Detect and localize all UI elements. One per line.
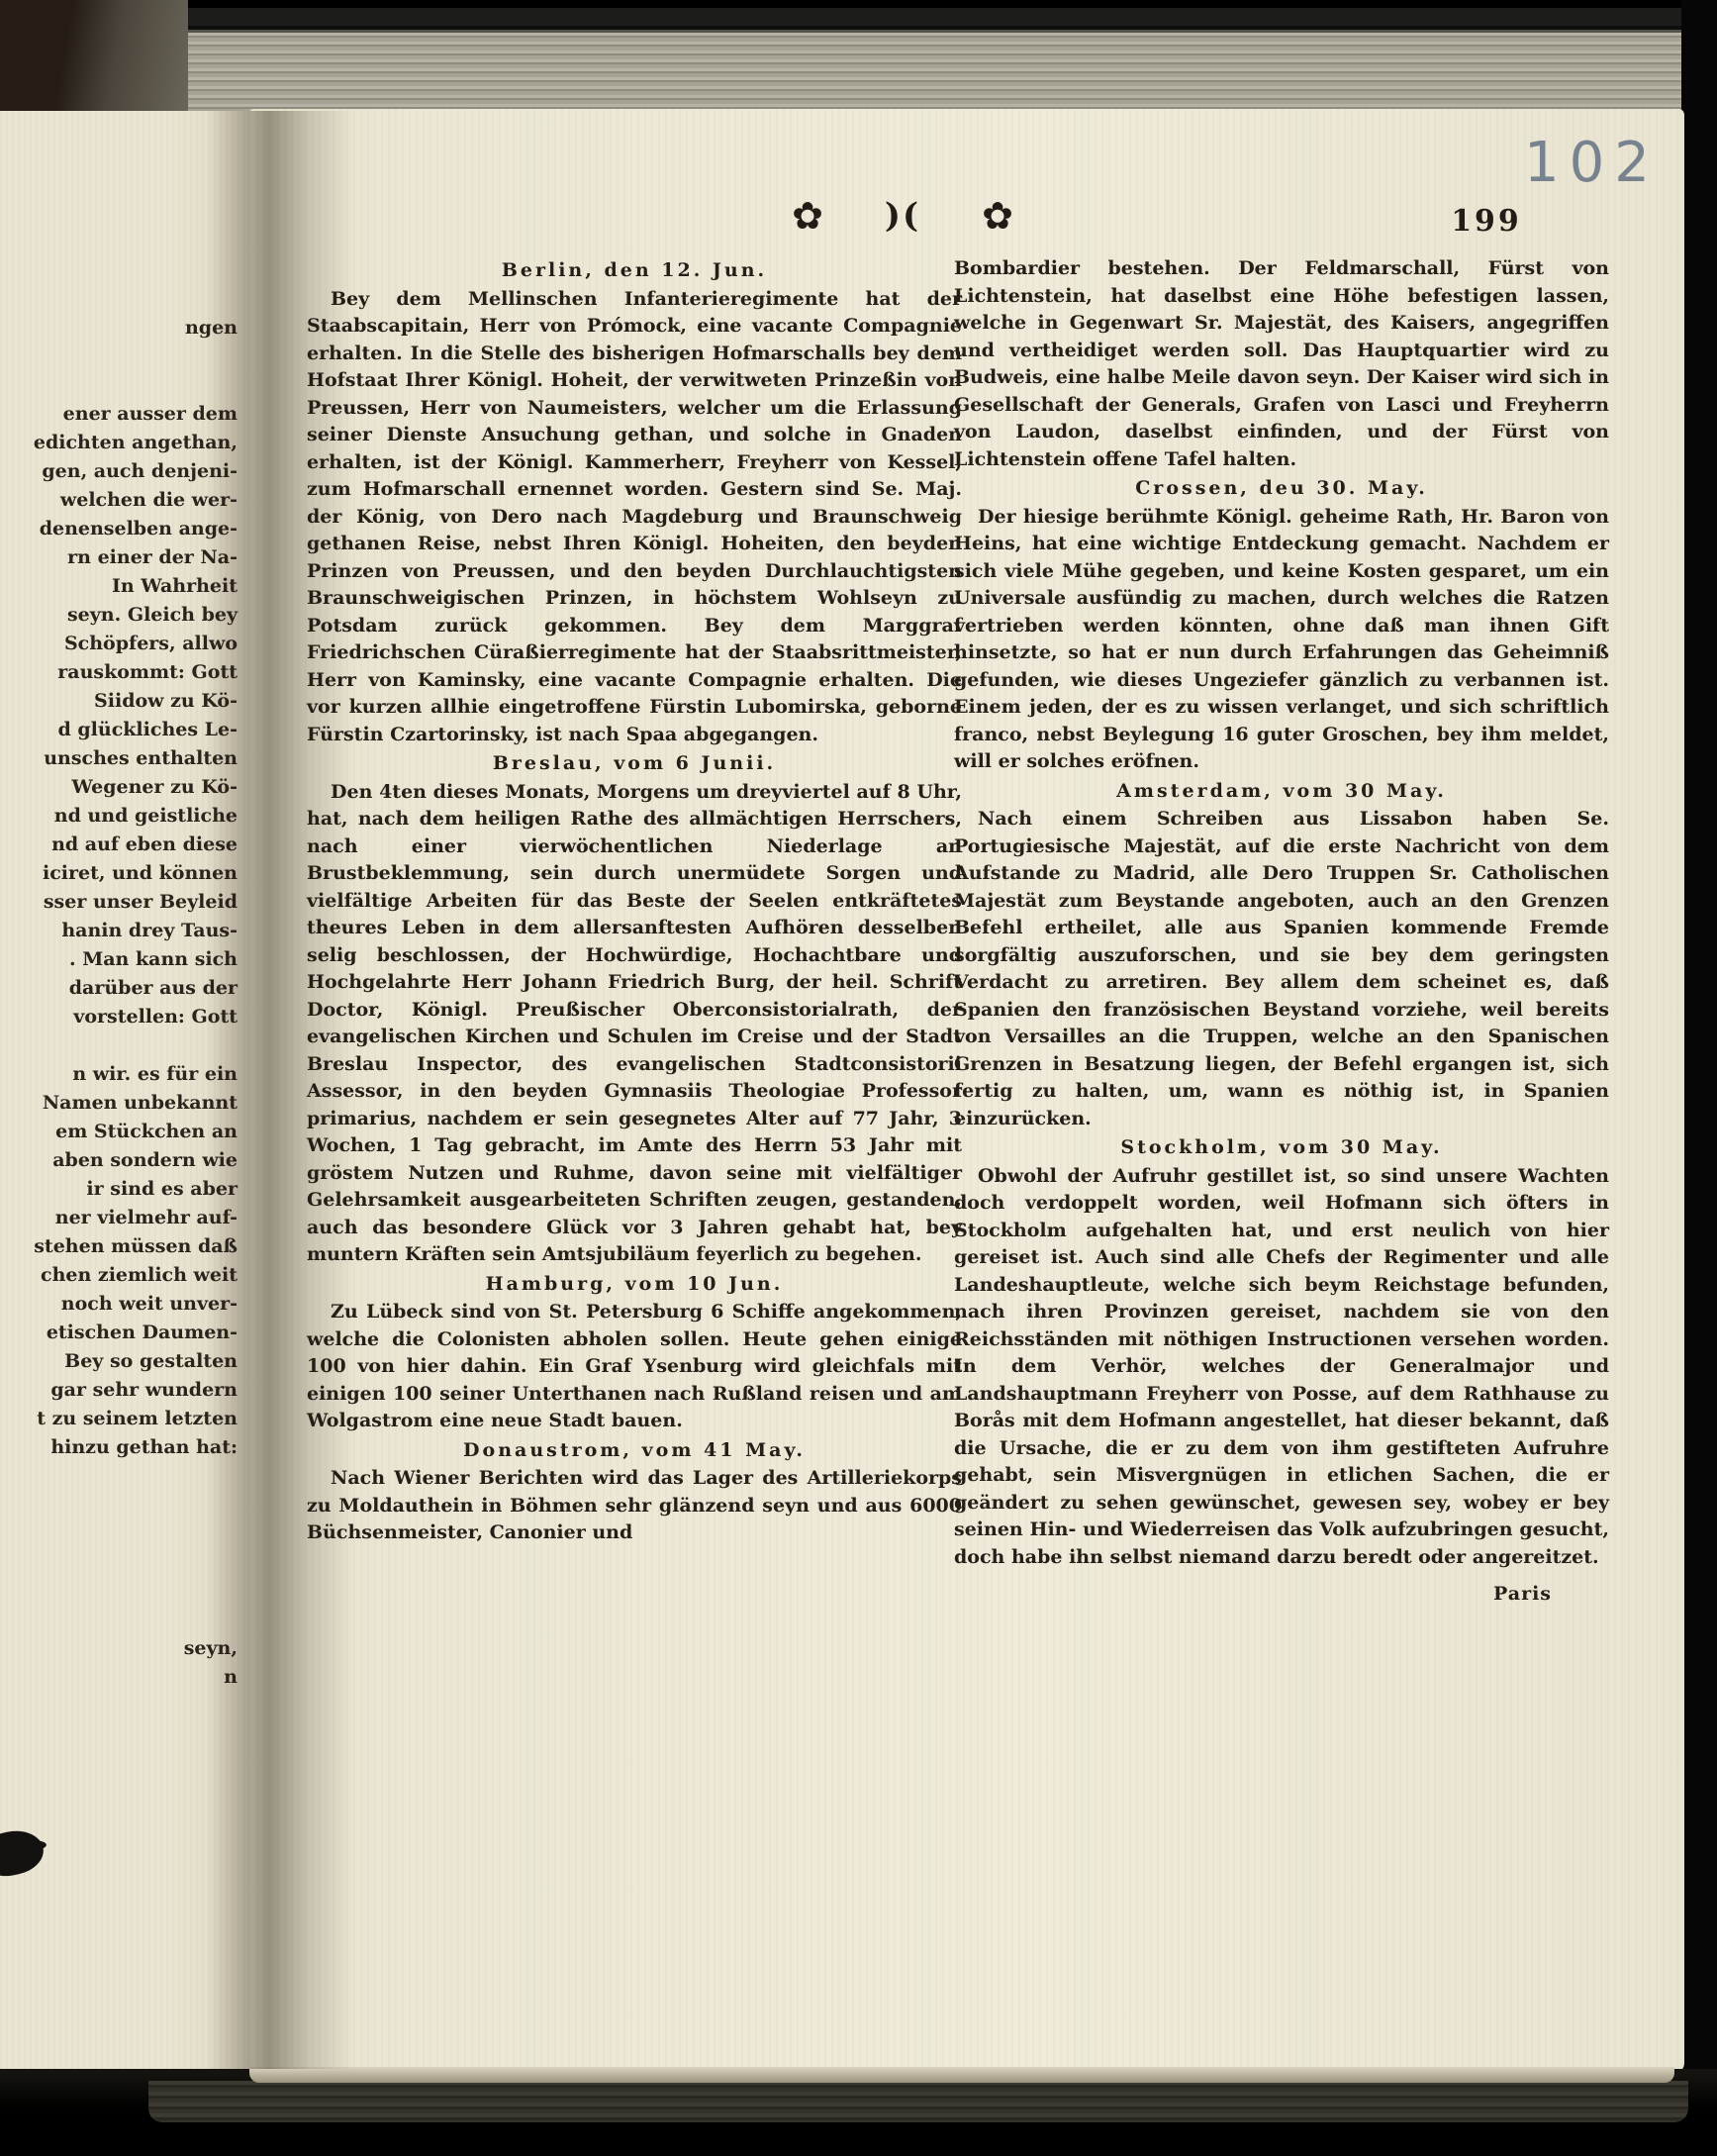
parenthesis-divider-icon: )( bbox=[885, 196, 920, 236]
margin-fragment-line: stehen müssen daß bbox=[0, 1232, 238, 1261]
article-paragraph: Bombardier bestehen. Der Feldmarschall, … bbox=[954, 255, 1609, 473]
margin-fragment-line: ngen bbox=[0, 314, 238, 343]
book-scan: ngen ener ausser demedichten angethan,ge… bbox=[0, 0, 1717, 2156]
margin-fragment-line: vorstellen: Gott bbox=[0, 1003, 238, 1031]
margin-fragment-line: noch weit unver- bbox=[0, 1290, 238, 1319]
margin-gap bbox=[0, 1491, 238, 1519]
article-paragraph: Nach Wiener Berichten wird das Lager des… bbox=[307, 1465, 962, 1547]
margin-fragment-line: hinzu gethan hat: bbox=[0, 1433, 238, 1462]
dateline-heading: Donaustrom, vom 41 May. bbox=[307, 1437, 962, 1465]
article-paragraph: Zu Lübeck sind von St. Petersburg 6 Schi… bbox=[307, 1299, 962, 1435]
dateline-heading: Breslau, vom 6 Junii. bbox=[307, 750, 962, 778]
scanner-background-right bbox=[1681, 0, 1717, 2156]
margin-fragment-line: Bey so gestalten bbox=[0, 1347, 238, 1376]
book-cover-corner bbox=[0, 0, 188, 117]
book-page-edges-bottom bbox=[148, 2081, 1688, 2122]
article-paragraph: Bey dem Mellinschen Infanterieregimente … bbox=[307, 286, 962, 749]
margin-fragment-line: gar sehr wundern bbox=[0, 1376, 238, 1405]
margin-fragment-line: Wegener zu Kö- bbox=[0, 773, 238, 802]
dateline-heading: Hamburg, vom 10 Jun. bbox=[307, 1271, 962, 1299]
stamped-folio-number: 102 bbox=[1524, 131, 1660, 195]
article-paragraph: Nach einem Schreiben aus Lissabon haben … bbox=[954, 806, 1609, 1132]
margin-fragment-line: Schöpfers, allwo bbox=[0, 630, 238, 658]
margin-gap bbox=[0, 1519, 238, 1548]
dateline-heading: Amsterdam, vom 30 May. bbox=[954, 778, 1609, 806]
margin-fragment-line: t zu seinem letzten bbox=[0, 1405, 238, 1433]
article-paragraph: Obwohl der Aufruhr gestillet ist, so sin… bbox=[954, 1163, 1609, 1572]
margin-gap bbox=[0, 1606, 238, 1634]
margin-fragment-line: rn einer der Na- bbox=[0, 543, 238, 572]
dateline-heading: Crossen, deu 30. May. bbox=[954, 475, 1609, 503]
article-paragraph: Den 4ten dieses Monats, Morgens um dreyv… bbox=[307, 779, 962, 1269]
margin-fragment-line: denenselben ange- bbox=[0, 515, 238, 543]
margin-gap bbox=[0, 343, 238, 371]
margin-gap bbox=[0, 1577, 238, 1606]
margin-fragment-line: em Stückchen an bbox=[0, 1118, 238, 1146]
margin-fragment-line: iciret, und können bbox=[0, 859, 238, 888]
margin-fragment-line: ener ausser dem bbox=[0, 400, 238, 429]
margin-fragment-line: hanin drey Taus- bbox=[0, 917, 238, 945]
shell-ornament-icon: ✿ bbox=[982, 197, 1013, 235]
margin-gap bbox=[0, 1462, 238, 1491]
margin-fragment-line: In Wahrheit bbox=[0, 572, 238, 601]
margin-gap bbox=[0, 371, 238, 400]
margin-fragment-line: aben sondern wie bbox=[0, 1146, 238, 1175]
margin-fragment-line: Namen unbekannt bbox=[0, 1089, 238, 1118]
margin-fragment-line: seyn. Gleich bey bbox=[0, 601, 238, 630]
margin-fragment-line: ir sind es aber bbox=[0, 1175, 238, 1204]
page-bottom-edge bbox=[249, 2067, 1674, 2083]
dateline-heading: Berlin, den 12. Jun. bbox=[307, 257, 962, 285]
margin-fragment-line: unsches enthalten bbox=[0, 744, 238, 773]
margin-fragment-line: welchen die wer- bbox=[0, 486, 238, 515]
dateline-heading: Stockholm, vom 30 May. bbox=[954, 1134, 1609, 1162]
margin-fragment-line: ner vielmehr auf- bbox=[0, 1204, 238, 1232]
margin-fragment-line: nd und geistliche bbox=[0, 802, 238, 831]
margin-fragment-line: sser unser Beyleid bbox=[0, 888, 238, 917]
margin-fragment-line: n bbox=[0, 1663, 238, 1692]
shell-ornament-icon: ✿ bbox=[792, 197, 823, 235]
margin-fragment-line: edichten angethan, bbox=[0, 429, 238, 457]
margin-fragment-line: seyn, bbox=[0, 1634, 238, 1663]
margin-fragment-line: darüber aus der bbox=[0, 974, 238, 1003]
margin-fragment-line: chen ziemlich weit bbox=[0, 1261, 238, 1290]
printed-page-number: 199 bbox=[1417, 204, 1556, 239]
margin-gap bbox=[0, 1548, 238, 1577]
margin-fragment-line: Siidow zu Kö- bbox=[0, 687, 238, 716]
article-paragraph: Der hiesige berühmte Königl. geheime Rat… bbox=[954, 504, 1609, 776]
right-column: Bombardier bestehen. Der Feldmarschall, … bbox=[954, 255, 1609, 1609]
left-column: Berlin, den 12. Jun.Bey dem Mellinschen … bbox=[307, 255, 962, 1549]
margin-fragment-line: . Man kann sich bbox=[0, 945, 238, 974]
margin-gap bbox=[0, 1031, 238, 1060]
margin-fragment-line: nd auf eben diese bbox=[0, 831, 238, 859]
margin-fragment-line: gen, auch denjeni- bbox=[0, 457, 238, 486]
header-ornament-row: ✿ )( ✿ bbox=[665, 196, 1140, 236]
margin-fragment-line: rauskommt: Gott bbox=[0, 658, 238, 687]
margin-fragment-line: d glückliches Le- bbox=[0, 716, 238, 744]
margin-fragment-line: n wir. es für ein bbox=[0, 1060, 238, 1089]
newspaper-page: ✿ )( ✿ 199 102 Berlin, den 12. Jun.Bey d… bbox=[249, 109, 1684, 2073]
catchword: Paris bbox=[954, 1581, 1609, 1609]
margin-fragment-line: etischen Daumen- bbox=[0, 1319, 238, 1347]
